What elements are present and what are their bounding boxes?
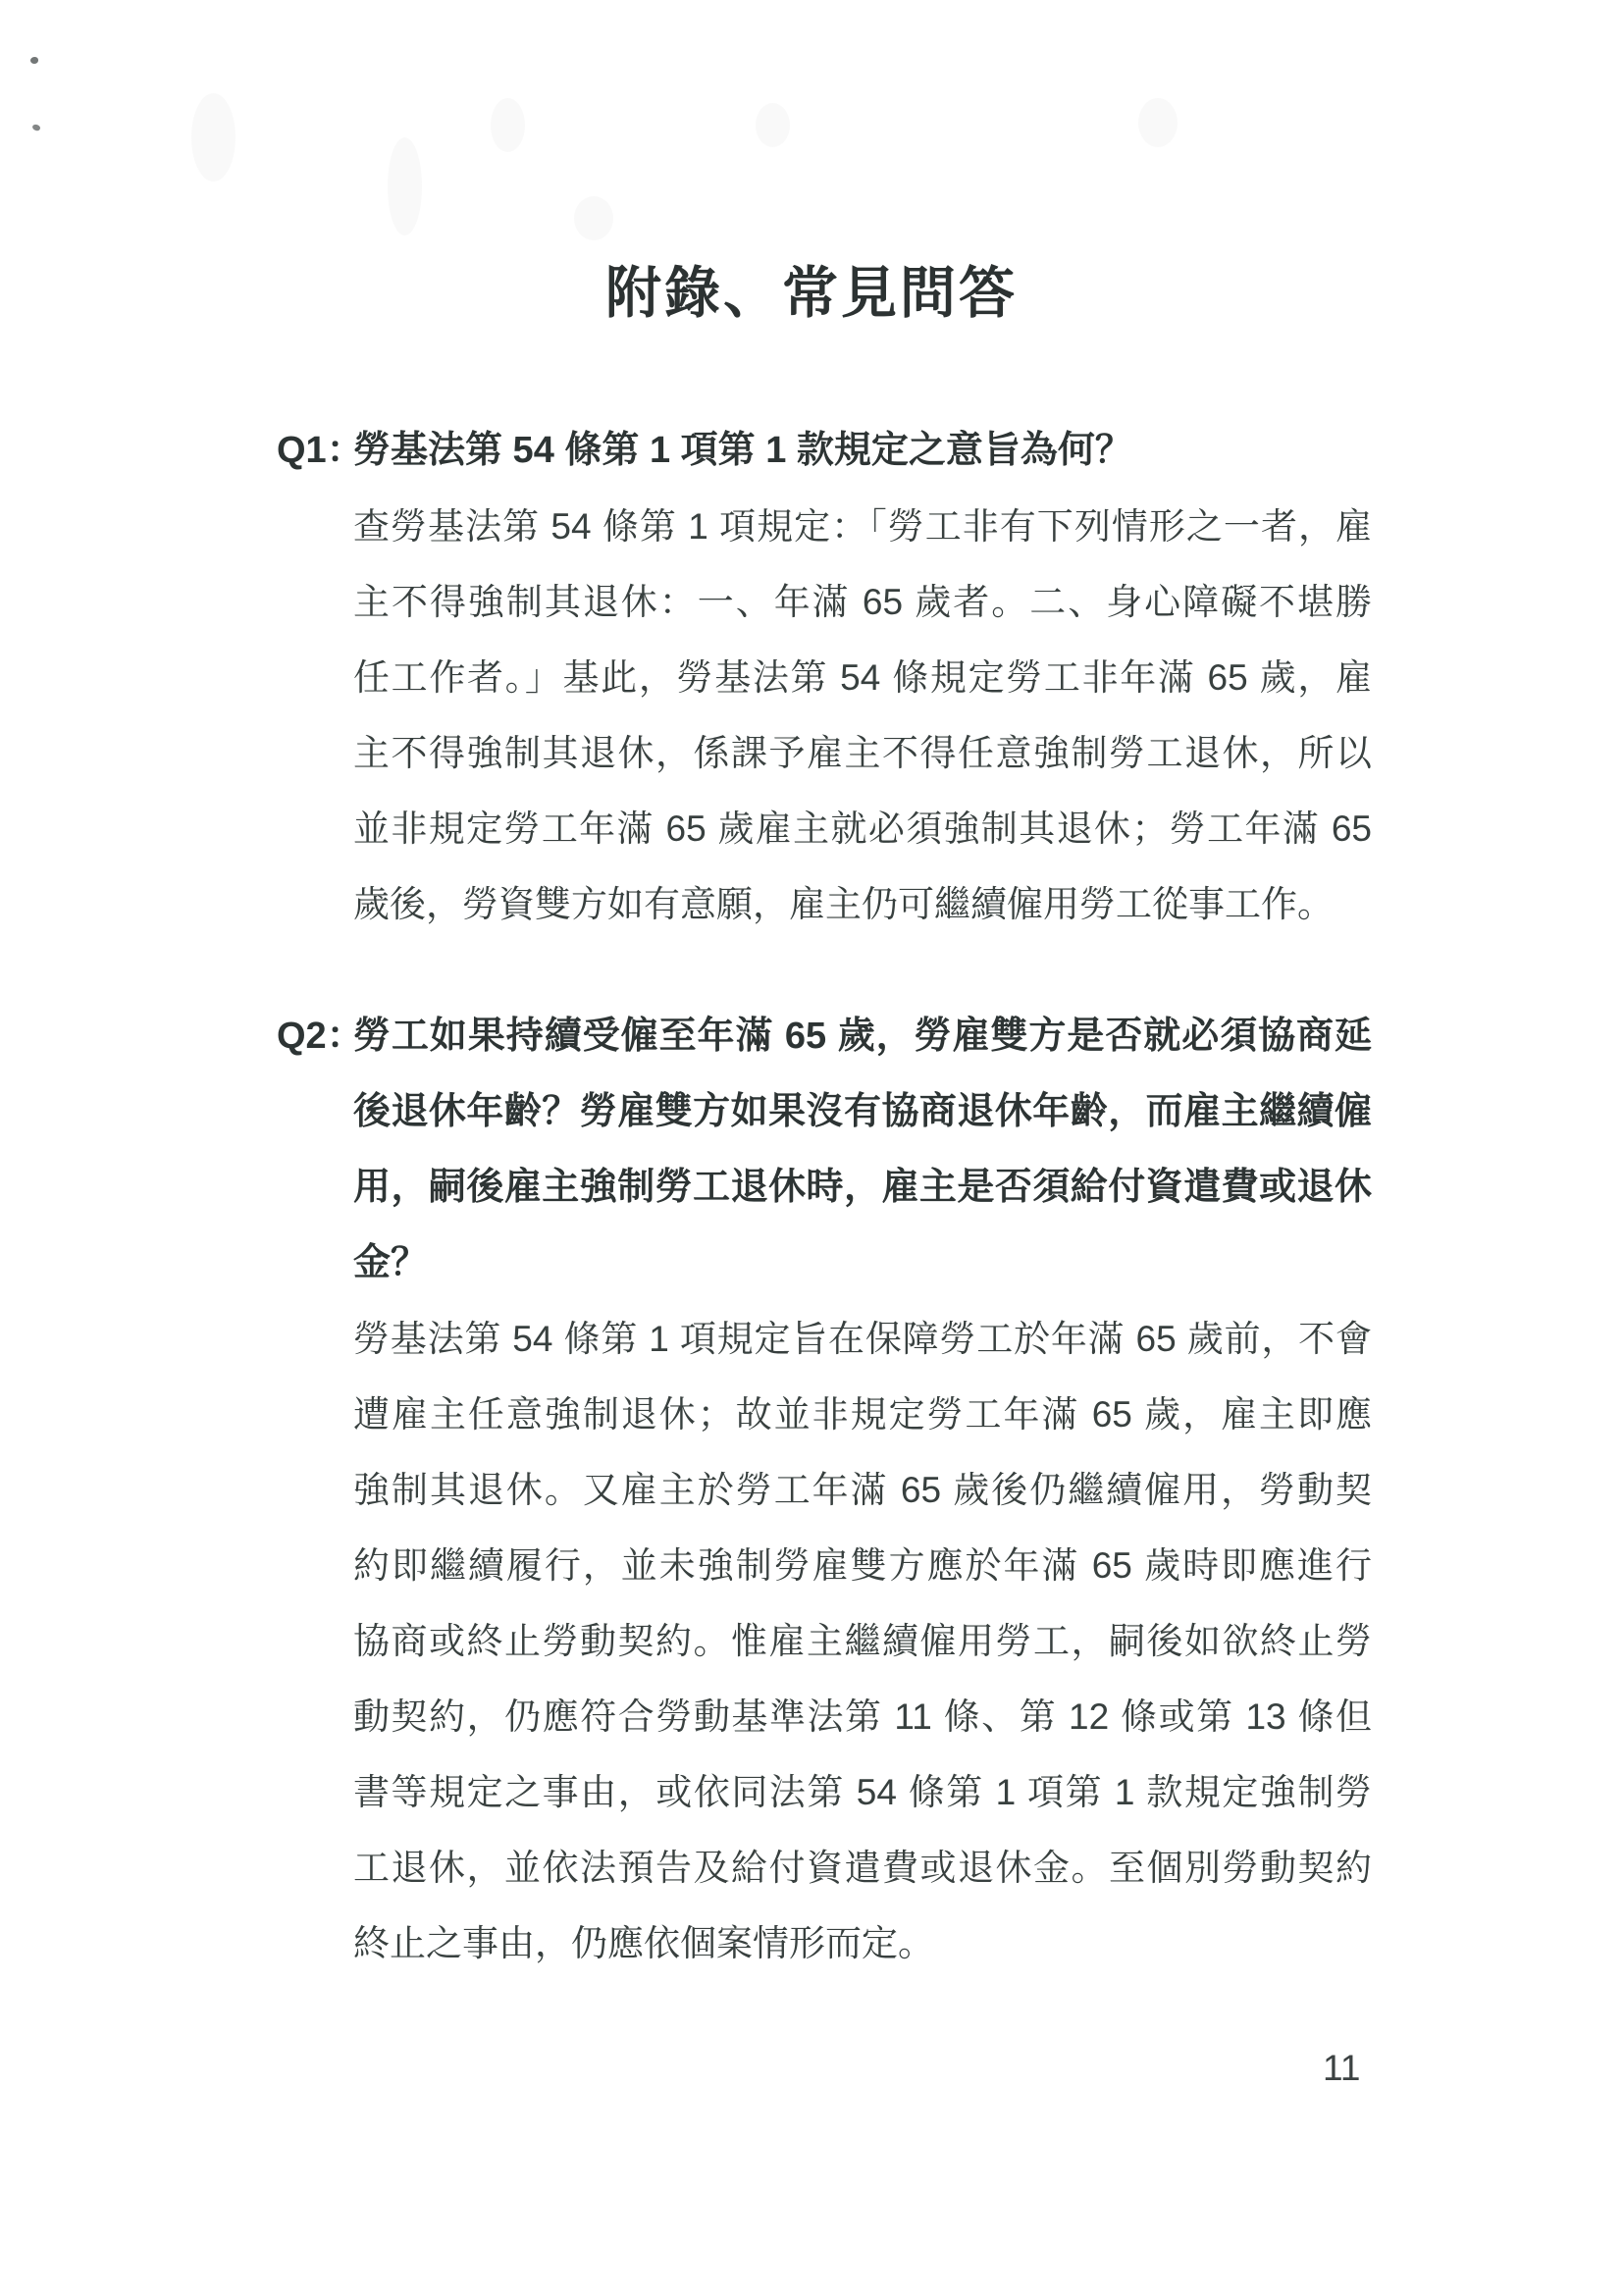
question-2-heading: Q2： 勞工如果持續受僱至年滿 65 歲，勞雇雙方是否就必須協商延後退休年齡？勞… bbox=[277, 999, 1372, 1301]
answer-line: 任工作者。」基此，勞基法第 54 條規定勞工非年滿 65 歲，雇 bbox=[353, 640, 1372, 715]
answer-line: 工退休，並依法預告及給付資遣費或退休金。至個別勞動契約 bbox=[353, 1830, 1372, 1905]
question-1-heading: Q1： 勞基法第 54 條第 1 項第 1 款規定之意旨為何？ bbox=[277, 413, 1372, 489]
question-line: 勞基法第 54 條第 1 項第 1 款規定之意旨為何？ bbox=[353, 413, 1372, 489]
page-number: 11 bbox=[1323, 2047, 1360, 2090]
answer-line: 主不得強制其退休，係課予雇主不得任意強制勞工退休，所以 bbox=[353, 715, 1372, 791]
answer-line: 查勞基法第 54 條第 1 項規定：「勞工非有下列情形之一者，雇 bbox=[353, 489, 1372, 564]
answer-line: 主不得強制其退休：一、年滿 65 歲者。二、身心障礙不堪勝 bbox=[353, 564, 1372, 640]
question-1-text: 勞基法第 54 條第 1 項第 1 款規定之意旨為何？ bbox=[353, 413, 1372, 489]
question-line: 金？ bbox=[353, 1226, 1372, 1301]
scan-smudge bbox=[574, 196, 613, 240]
answer-line: 強制其退休。又雇主於勞工年滿 65 歲後仍繼續僱用，勞動契 bbox=[353, 1452, 1372, 1528]
question-line: 用，嗣後雇主強制勞工退休時，雇主是否須給付資遣費或退休 bbox=[353, 1150, 1372, 1226]
answer-line: 約即繼續履行，並未強制勞雇雙方應於年滿 65 歲時即應進行 bbox=[353, 1528, 1372, 1603]
answer-line: 歲後，勞資雙方如有意願，雇主仍可繼續僱用勞工從事工作。 bbox=[353, 866, 1372, 942]
scan-speck bbox=[31, 124, 41, 132]
scan-speck bbox=[30, 57, 38, 64]
scan-smudge bbox=[191, 93, 236, 182]
answer-line: 終止之事由，仍應依個案情形而定。 bbox=[353, 1905, 1372, 1981]
answer-line: 並非規定勞工年滿 65 歲雇主就必須強制其退休；勞工年滿 65 bbox=[353, 791, 1372, 866]
question-1-label: Q1： bbox=[277, 413, 364, 489]
question-2-label: Q2： bbox=[277, 999, 364, 1074]
answer-2-text: 勞基法第 54 條第 1 項規定旨在保障勞工於年滿 65 歲前，不會遭雇主任意強… bbox=[353, 1301, 1372, 1981]
question-line: 勞工如果持續受僱至年滿 65 歲，勞雇雙方是否就必須協商延 bbox=[353, 999, 1372, 1074]
scan-smudge bbox=[1138, 98, 1178, 147]
document-page: 附錄、常見問答 Q1： 勞基法第 54 條第 1 項第 1 款規定之意旨為何？ … bbox=[0, 0, 1623, 2296]
question-2-text: 勞工如果持續受僱至年滿 65 歲，勞雇雙方是否就必須協商延後退休年齡？勞雇雙方如… bbox=[353, 999, 1372, 1301]
answer-1-text: 查勞基法第 54 條第 1 項規定：「勞工非有下列情形之一者，雇主不得強制其退休… bbox=[353, 489, 1372, 942]
scan-smudge bbox=[756, 103, 790, 147]
scan-smudge bbox=[388, 137, 422, 235]
answer-line: 動契約，仍應符合勞動基準法第 11 條、第 12 條或第 13 條但 bbox=[353, 1679, 1372, 1754]
scan-smudge bbox=[491, 98, 525, 152]
answer-line: 書等規定之事由，或依同法第 54 條第 1 項第 1 款規定強制勞 bbox=[353, 1754, 1372, 1830]
answer-line: 協商或終止勞動契約。惟雇主繼續僱用勞工，嗣後如欲終止勞 bbox=[353, 1603, 1372, 1679]
answer-line: 勞基法第 54 條第 1 項規定旨在保障勞工於年滿 65 歲前，不會 bbox=[353, 1301, 1372, 1377]
document-title: 附錄、常見問答 bbox=[0, 261, 1623, 326]
answer-line: 遭雇主任意強制退休；故並非規定勞工年滿 65 歲，雇主即應 bbox=[353, 1377, 1372, 1452]
question-line: 後退休年齡？勞雇雙方如果沒有協商退休年齡，而雇主繼續僱 bbox=[353, 1074, 1372, 1150]
